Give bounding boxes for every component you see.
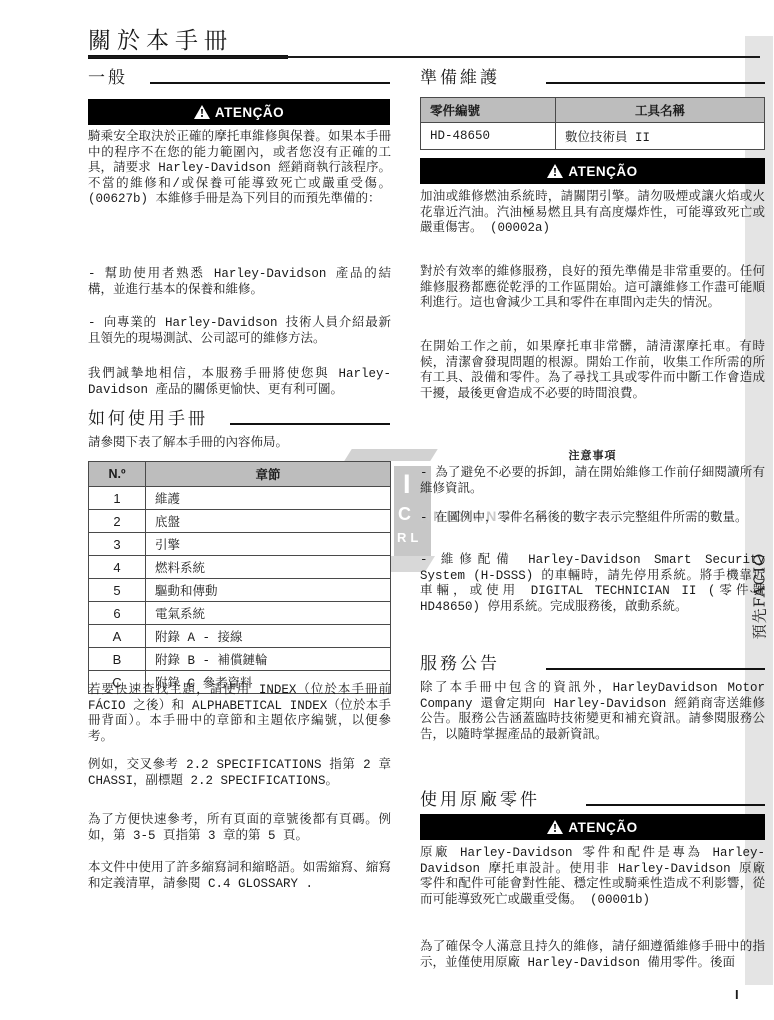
- paragraph: 為了確保令人滿意且持久的維修，請仔細遵循維修手冊中的指示，並僅使用原廠 Harl…: [420, 940, 765, 971]
- page-title: 關於本手冊: [88, 22, 233, 55]
- warning-triangle-icon: [547, 164, 563, 178]
- section-heading-genuine-parts: 使用原廠零件: [420, 785, 765, 810]
- chapter-number: 2: [89, 510, 146, 533]
- notes-label: 注意事項: [420, 447, 765, 463]
- list-item: - 為了避免不必要的拆卸，請在開始維修工作前仔細閱讀所有維修資訊。: [420, 466, 765, 497]
- chapter-number: A: [89, 625, 146, 648]
- list-item: - 維修配備 Harley-Davidson Smart Security Sy…: [420, 553, 765, 615]
- warning-banner: ATENÇÃO: [420, 158, 765, 184]
- watermark-text: I: [403, 469, 411, 500]
- section-heading-label: 準備維護: [420, 63, 500, 88]
- chapter-number: B: [89, 648, 146, 671]
- table-row: 2底盤: [89, 510, 391, 533]
- column-header: N.º: [89, 462, 146, 487]
- section-heading-general: 一般: [88, 63, 390, 88]
- section-heading-label: 服務公告: [420, 649, 500, 674]
- warning-triangle-icon: [194, 105, 210, 119]
- section-heading-prepare: 準備維護: [420, 63, 765, 88]
- list-item: - 向專業的 Harley-Davidson 技術人員介紹最新且領先的現場測試、…: [88, 316, 391, 347]
- paragraph: 本文件中使用了許多縮寫詞和縮略語。如需縮寫、縮寫和定義清單，請參閱 C.4 GL…: [88, 861, 391, 892]
- chapter-name: 引擎: [146, 533, 391, 556]
- chapter-name: 維護: [146, 487, 391, 510]
- chapter-number: 3: [89, 533, 146, 556]
- watermark-text: RL: [397, 530, 422, 545]
- table-row: 3引擎: [89, 533, 391, 556]
- paragraph: 原廠 Harley-Davidson 零件和配件是專為 Harley-David…: [420, 846, 765, 908]
- table-row: 5驅動和傳動: [89, 579, 391, 602]
- list-item: - 幫助使用者熟悉 Harley-Davidson 產品的結構，並進行基本的保養…: [88, 267, 391, 298]
- paragraph: 若要快速查找主題，請使用 INDEX（位於本手冊前 FÁCIO 之後）和 ALP…: [88, 683, 391, 745]
- paragraph: 加油或維修燃油系統時，請關閉引擎。請勿吸煙或讓火焰或火花靠近汽油。汽油極易燃且具…: [420, 190, 765, 237]
- table-row: A附錄 A - 接線: [89, 625, 391, 648]
- paragraph: 我們誠摯地相信，本服務手冊將使您與 Harley-Davidson 產品的關係更…: [88, 367, 391, 398]
- chapter-number: 1: [89, 487, 146, 510]
- page-number: I: [735, 987, 739, 1002]
- chapter-number: 5: [89, 579, 146, 602]
- chapter-number: 4: [89, 556, 146, 579]
- heading-rule: [546, 82, 765, 84]
- paragraph: 對於有效率的維修服務，良好的預先準備是非常重要的。任何維修服務都應從乾淨的工作區…: [420, 265, 765, 312]
- section-heading-label: 使用原廠零件: [420, 785, 540, 810]
- watermark-text: C: [398, 504, 411, 525]
- section-heading-label: 如何使用手冊: [88, 404, 208, 429]
- table-header-row: N.º 章節: [89, 462, 391, 487]
- chapter-name: 電氣系統: [146, 602, 391, 625]
- section-heading-bulletins: 服務公告: [420, 649, 765, 674]
- table-row: HD-48650 數位技術員 II: [421, 123, 765, 150]
- title-rule: [88, 56, 760, 58]
- table-row: B附錄 B - 補償鏈輪: [89, 648, 391, 671]
- tool-table: 零件編號 工具名稱 HD-48650 數位技術員 II: [420, 97, 765, 150]
- paragraph: 請參閱下表了解本手冊的內容佈局。: [88, 436, 391, 452]
- tool-name: 數位技術員 II: [556, 123, 765, 150]
- heading-rule: [546, 668, 765, 670]
- table-row: 4燃料系統: [89, 556, 391, 579]
- chapter-name: 附錄 B - 補償鏈輪: [146, 648, 391, 671]
- warning-banner: ATENÇÃO: [88, 99, 390, 125]
- paragraph: 例如，交叉參考 2.2 SPECIFICATIONS 指第 2 章 CHASSI…: [88, 758, 391, 789]
- warning-triangle-icon: [547, 820, 563, 834]
- chapter-name: 附錄 A - 接線: [146, 625, 391, 648]
- column-header: 零件編號: [421, 98, 556, 123]
- part-number: HD-48650: [421, 123, 556, 150]
- table-header-row: 零件編號 工具名稱: [421, 98, 765, 123]
- heading-rule: [150, 82, 390, 84]
- chapter-name: 底盤: [146, 510, 391, 533]
- paragraph: 為了方便快速參考，所有頁面的章號後都有頁碼。例如，第 3-5 頁指第 3 章的第…: [88, 813, 391, 844]
- heading-rule: [230, 423, 390, 425]
- chapter-name: 燃料系統: [146, 556, 391, 579]
- table-row: 1維護: [89, 487, 391, 510]
- table-row: 6電氣系統: [89, 602, 391, 625]
- warning-label: ATENÇÃO: [568, 820, 637, 835]
- manual-page: 預先FÁCIO I C HNICIAN II RL 關於本手冊 一般 ATENÇ…: [0, 0, 774, 1020]
- chapter-table: N.º 章節 1維護 2底盤 3引擎 4燃料系統 5驅動和傳動 6電氣系統 A附…: [88, 461, 391, 694]
- warning-banner: ATENÇÃO: [420, 814, 765, 840]
- chapter-number: 6: [89, 602, 146, 625]
- column-header: 章節: [146, 462, 391, 487]
- heading-rule: [586, 804, 765, 806]
- warning-label: ATENÇÃO: [215, 105, 284, 120]
- section-heading-label: 一般: [88, 63, 128, 88]
- paragraph: 除了本手冊中包含的資訊外，HarleyDavidson Motor Compan…: [420, 681, 765, 743]
- paragraph: 騎乘安全取決於正確的摩托車維修與保養。如果本手冊中的程序不在您的能力範圍內，或者…: [88, 130, 391, 208]
- paragraph: 在開始工作之前，如果摩托車非常髒，請清潔摩托車。有時候，清潔會發現問題的根源。開…: [420, 340, 765, 402]
- chapter-name: 驅動和傳動: [146, 579, 391, 602]
- warning-label: ATENÇÃO: [568, 164, 637, 179]
- list-item: - 在圖例中，零件名稱後的數字表示完整組件所需的數量。: [420, 511, 765, 527]
- column-header: 工具名稱: [556, 98, 765, 123]
- section-heading-how-to-use: 如何使用手冊: [88, 404, 390, 429]
